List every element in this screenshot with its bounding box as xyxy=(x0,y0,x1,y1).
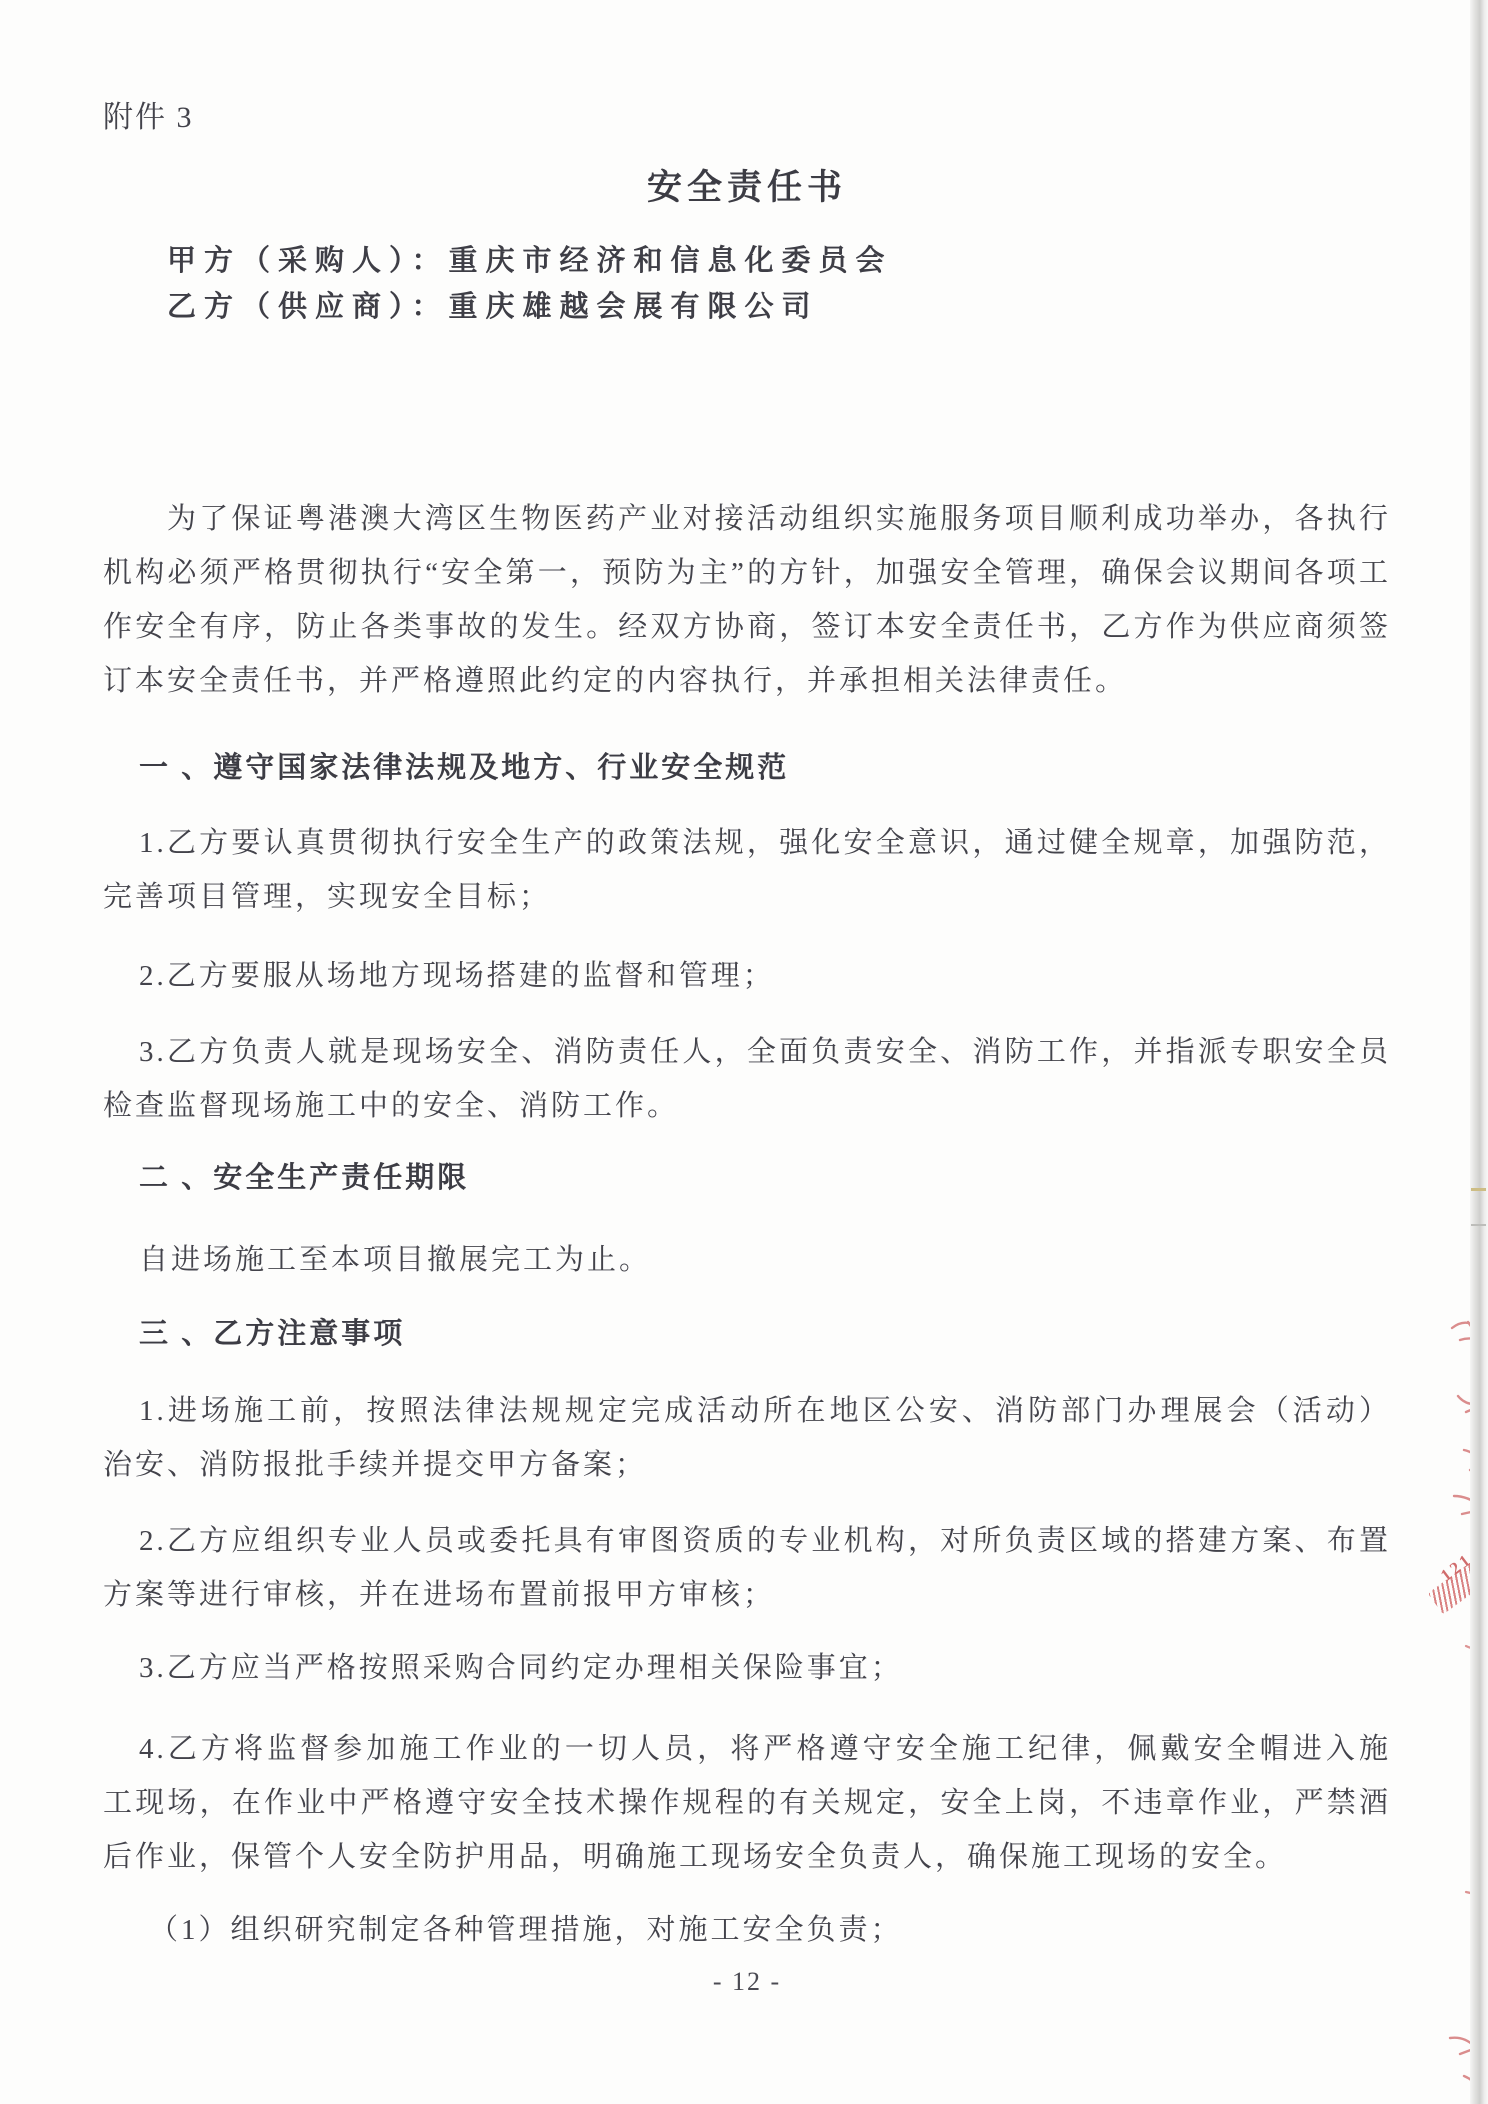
section3-item1: 1.进场施工前，按照法律法规规定完成活动所在地区公安、消防部门办理展会（活动） … xyxy=(103,1384,1391,1492)
section1-item1: 1.乙方要认真贯彻执行安全生产的政策法规，强化安全意识，通过健全规章，加强防范，… xyxy=(103,816,1391,924)
section3-item3: 3.乙方应当严格按照采购合同约定办理相关保险事宜； xyxy=(103,1641,1391,1695)
page-number: - 12 - xyxy=(103,1967,1391,1997)
scan-edge-strip xyxy=(1470,0,1488,2104)
section2-text: 自进场施工至本项目撤展完工为止。 xyxy=(103,1233,1391,1287)
attachment-label: 附件 3 xyxy=(103,96,1391,140)
intro-paragraph: 为了保证粤港澳大湾区生物医药产业对接活动组织实施服务项目顺利成功举办，各执行机构… xyxy=(103,492,1391,708)
parties-block: 甲方（采购人）：重庆市经济和信息化委员会 乙方（供应商）：重庆雄越会展有限公司 xyxy=(103,238,1391,330)
scan-edge-tan-tick xyxy=(1471,1188,1486,1191)
section3-subitem1: （1）组织研究制定各种管理措施，对施工安全负责； xyxy=(103,1903,1391,1957)
section1-item3: 3.乙方负责人就是现场安全、消防责任人，全面负责安全、消防工作，并指派专职安全员… xyxy=(103,1025,1391,1133)
document-title: 安全责任书 xyxy=(103,164,1391,212)
section3-heading: 三 、乙方注意事项 xyxy=(103,1307,1391,1361)
section1-heading: 一 、遵守国家法律法规及地方、行业安全规范 xyxy=(103,741,1391,795)
section2-heading: 二 、安全生产责任期限 xyxy=(103,1151,1391,1205)
section3-item2: 2.乙方应组织专业人员或委托具有审图资质的专业机构，对所负责区域的搭建方案、布置… xyxy=(103,1514,1391,1622)
section3-item4: 4.乙方将监督参加施工作业的一切人员，将严格遵守安全施工纪律，佩戴安全帽进入施 … xyxy=(103,1722,1391,1884)
section1-item2: 2.乙方要服从场地方现场搭建的监督和管理； xyxy=(103,949,1391,1003)
party-a-line: 甲方（采购人）：重庆市经济和信息化委员会 xyxy=(167,238,1391,284)
document-content: 附件 3 安全责任书 甲方（采购人）：重庆市经济和信息化委员会 乙方（供应商）：… xyxy=(103,0,1391,1997)
document-page: 附件 3 安全责任书 甲方（采购人）：重庆市经济和信息化委员会 乙方（供应商）：… xyxy=(0,0,1488,2104)
party-b-line: 乙方（供应商）：重庆雄越会展有限公司 xyxy=(167,284,1391,330)
scan-edge-gray-tick xyxy=(1471,1224,1486,1226)
